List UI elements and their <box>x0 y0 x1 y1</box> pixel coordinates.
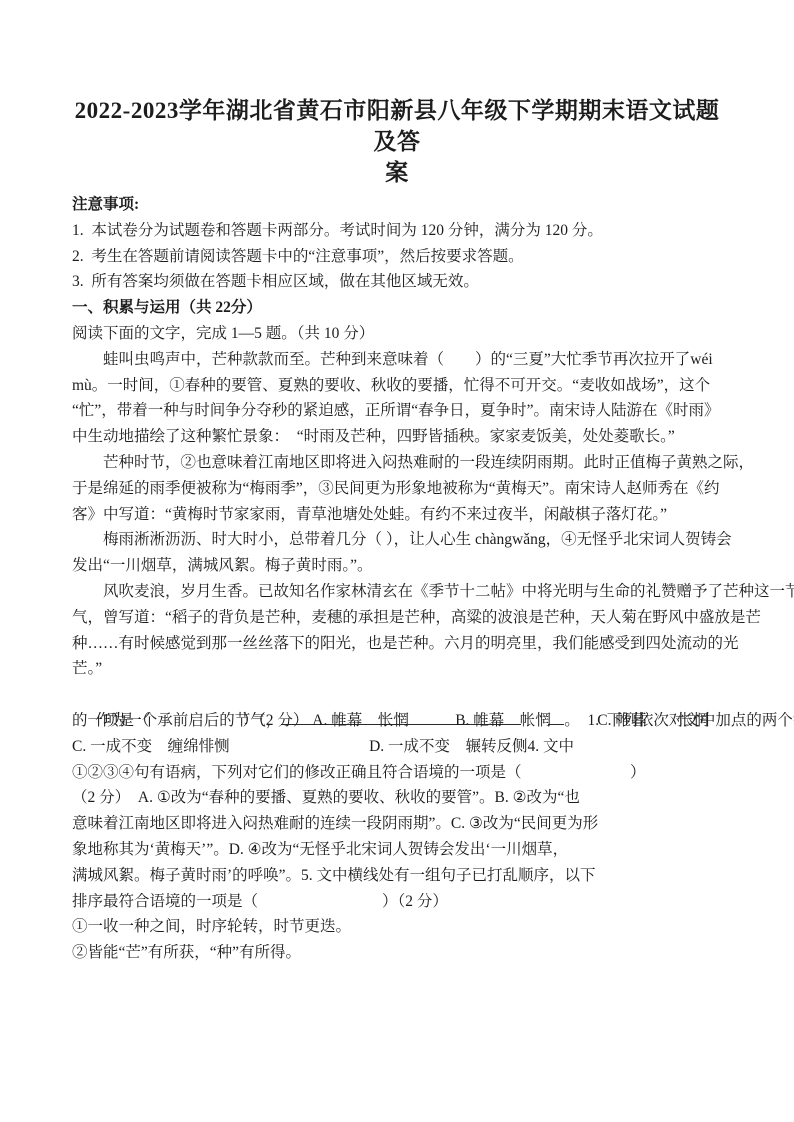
q1-cd-line: C. 一成不变 缠绵悱恻 D. 一成不变 辗转反侧4. 文中 <box>72 734 722 760</box>
q4-line4: 象地称其为‘黄梅天’”。D. ④改为“无怪乎北宋词人贺铸会发出‘一川烟草， <box>72 837 722 863</box>
page-title-line2: 案 <box>72 157 722 188</box>
q5-item2: ②皆能“芒”有所获，“种”有所得。 <box>72 940 722 966</box>
passage-para4-line1: 风吹麦浪，岁月生香。已故知名作家林清玄在《季节十二帖》中将光明与生命的礼赞赠予了… <box>72 579 722 605</box>
q5-item1: ①一收一种之间，时序轮转，时节更迭。 <box>72 914 722 940</box>
notice-heading: 注意事项: <box>72 192 722 218</box>
passage-para1-line1: 蛙叫虫鸣声中，芒种款款而至。芒种到来意味着（ ）的“三夏”大忙季节再次拉开了wé… <box>72 347 722 373</box>
passage-para4-line3: 种……有时候感觉到那一丝丝落下的阳光，也是芒种。六月的明亮里，我们能感受到四处流… <box>72 631 722 657</box>
passage-para1-line3: “忙”，带着一种与时间争分夺秒的紧迫感，正所谓“春争日，夏争时”。南宋诗人陆游在… <box>72 398 722 424</box>
transition-line: 作为一个承前启后的节气，。 1. 下列依次对文中加点的两个字 <box>72 682 722 708</box>
page-title-line1: 2022-2023学年湖北省黄石市阳新县八年级下学期期末语文试题及答 <box>72 95 722 157</box>
passage-para3-line2: 发出“一川烟草，满城风絮。梅子黄时雨。”。 <box>72 553 722 579</box>
passage-para4-line2: 气，曾写道：“稻子的背负是芒种，麦穗的承担是芒种，高粱的波浪是芒种，天人菊在野风… <box>72 605 722 631</box>
passage-para3-line1: 梅雨淅淅沥沥、时大时小，总带着几分（ ），让人心生 chàngwǎng，④无怪乎… <box>72 527 722 553</box>
q5-line1: 满城风絮。梅子黄时雨’的呼唤”。5. 文中横线处有一组句子已打乱顺序，以下 <box>72 863 722 889</box>
notice-item-3: 3. 所有答案均须做在答题卡相应区域，做在其他区域无效。 <box>72 269 722 295</box>
section-intro: 阅读下面的文字，完成 1—5 题。（共 10 分） <box>72 321 722 347</box>
passage-para2-line2: 于是绵延的雨季便被称为“梅雨季”，③民间更为形象地被称为“黄梅天”。南宋诗人赵师… <box>72 476 722 502</box>
notice-item-2: 2. 考生在答题前请阅读答题卡中的“注意事项”，然后按要求答题。 <box>72 244 722 270</box>
passage-para2-line1: 芒种时节，②也意味着江南地区即将进入闷热难耐的一段连续阴雨期。此时正值梅子黄熟之… <box>72 450 722 476</box>
document-body: 注意事项: 1. 本试卷分为试题卷和答题卡两部分。考试时间为 120 分钟，满分… <box>72 192 722 966</box>
q4-line3: 意味着江南地区即将进入闷热难耐的连续一段阴雨期”。C. ③改为“民间更为形 <box>72 811 722 837</box>
page-title: 2022-2023学年湖北省黄石市阳新县八年级下学期期末语文试题及答 案 <box>72 95 722 188</box>
q1-options-line: 的一项是（ ）（2 分） A. 帷幕 怅惘 B. 帷幕 帐惘 C. 帷暮 怅惘 … <box>72 708 722 734</box>
passage-para2-line3: 客》中写道：“黄梅时节家家雨，青草池塘处处蛙。有约不来过夜半，闲敲棋子落灯花。” <box>72 502 722 528</box>
q5-line2: 排序最符合语境的一项是（ ）（2 分） <box>72 889 722 915</box>
passage-para1-line2: mù。一时间，①春种的要管、夏熟的要收、秋收的要播，忙得不可开交。“麦收如战场”… <box>72 373 722 399</box>
notice-item-1: 1. 本试卷分为试题卷和答题卡两部分。考试时间为 120 分钟，满分为 120 … <box>72 218 722 244</box>
passage-para4-line4: 芒。” <box>72 656 722 682</box>
q4-stem-line: ①②③④句有语病，下列对它们的修改正确且符合语境的一项是（ ） <box>72 760 722 786</box>
section-heading: 一、积累与运用（共 22分） <box>72 295 722 321</box>
document-page: 2022-2023学年湖北省黄石市阳新县八年级下学期期末语文试题及答 案 注意事… <box>0 0 794 1122</box>
passage-para1-line4: 中生动地描绘了这种繁忙景象： “时雨及芒种，四野皆插秧。家家麦饭美，处处菱歌长。… <box>72 424 722 450</box>
q4-line2: （2 分） A. ①改为“春种的要播、夏熟的要收、秋收的要管”。B. ②改为“也 <box>72 785 722 811</box>
